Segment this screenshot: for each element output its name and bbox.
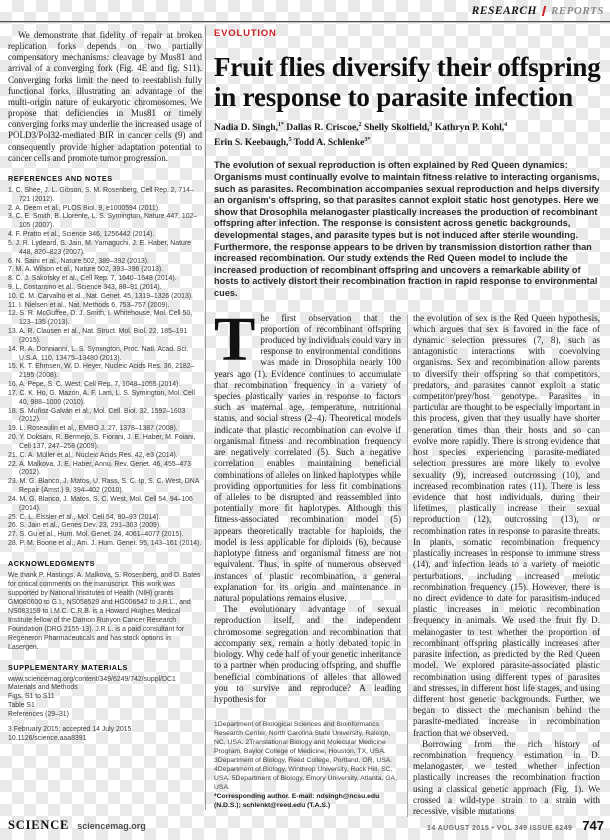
header-rule <box>0 21 610 23</box>
reference-item: 19. L. Roseaulin et al., EMBO J. 27, 137… <box>8 425 202 434</box>
page-number: 747 <box>582 818 604 833</box>
journal-website: sciencemag.org <box>77 821 146 831</box>
acknowledgments-text: We thank P. Hastings, A. Malkova, S. Ros… <box>8 572 202 653</box>
supplementary-line: www.sciencemag.org/content/349/6249/742/… <box>8 676 202 685</box>
body-column-1: The first observation that the proportio… <box>214 313 401 818</box>
main-article: EVOLUTION Fruit flies diversify their of… <box>214 28 606 817</box>
author-superscript: 4 <box>504 122 507 128</box>
author-list: Nadia D. Singh,1* Dallas R. Criscoe,2 Sh… <box>214 121 606 150</box>
reference-item: 5. J. R. Lydeard, S. Jain, M. Yamaguchi,… <box>8 240 202 258</box>
section-label: EVOLUTION <box>214 28 606 39</box>
reference-item: 27. S. Gu et al., Hum. Mol. Genet. 24, 4… <box>8 531 202 540</box>
closing-paragraph: We demonstrate that fidelity of repair a… <box>8 30 202 164</box>
acknowledgments-heading: ACKNOWLEDGMENTS <box>8 559 202 568</box>
reference-item: 9. L. Costantino et al., Science 343, 88… <box>8 284 202 293</box>
footer-right: 14 AUGUST 2015 • VOL 349 ISSUE 6249 747 <box>427 818 604 833</box>
reference-item: 24. M. G. Blanco, J. Matos, S. C. West, … <box>8 496 202 514</box>
references-list: 1. C. Shee, J. L. Gibson, S. M. Rosenber… <box>8 187 202 549</box>
reference-item: 2. A. Deem et al., PLOS Biol. 9, e100059… <box>8 205 202 214</box>
journal-name: SCIENCE <box>8 818 69 833</box>
reference-item: 28. P. M. Boone et al., Am. J. Hum. Gene… <box>8 540 202 549</box>
reference-item: 16. A. Pepe, S. C. West, Cell Rep. 7, 10… <box>8 381 202 390</box>
author-name: Dallas R. Criscoe, <box>284 124 359 134</box>
reference-item: 6. N. Saini et al., Nature 502, 389–392 … <box>8 258 202 267</box>
body-paragraph: The first observation that the proportio… <box>214 313 401 605</box>
supplementary-line: Materials and Methods <box>8 684 202 693</box>
reference-item: 17. C. K. Ho, G. Mazón, A. F. Lam, L. S.… <box>8 390 202 408</box>
reference-item: 3. C. E. Smith, B. Llorente, L. S. Symin… <box>8 213 202 231</box>
reference-item: 23. M. G. Blanco, J. Matos, U. Rass, S. … <box>8 478 202 496</box>
author-line-2: Erin S. Keebaugh,5 Todd A. Schlenke3* <box>214 136 606 150</box>
corresponding-author-note: *Corresponding author. E-mail: ndsingh@n… <box>214 793 401 811</box>
body-column-2: the evolution of sex is the Red Queen hy… <box>413 313 600 818</box>
reference-item: 26. S. Jain et al., Genes Dev. 23, 291–3… <box>8 522 202 531</box>
column-divider-rule <box>205 26 206 810</box>
reference-item: 18. S. Muñoz-Galván et al., Mol. Cell. B… <box>8 408 202 426</box>
author-superscript: 3* <box>364 137 370 143</box>
reference-item: 4. F. Pratto et al., Science 346, 125644… <box>8 231 202 240</box>
body-paragraph: the evolution of sex is the Red Queen hy… <box>413 313 600 739</box>
supplementary-line: Table S1 <box>8 702 202 711</box>
article-title: Fruit flies diversify their offspring in… <box>214 52 606 112</box>
supplementary-list: www.sciencemag.org/content/349/6249/742/… <box>8 676 202 720</box>
reference-item: 8. C. J. Sakofsky et al., Cell Rep. 7, 1… <box>8 275 202 284</box>
reference-item: 13. A. R. Clausen et al., Nat. Struct. M… <box>8 328 202 346</box>
author-name: Kathryn P. Kohl, <box>432 124 504 134</box>
header-divider-bar <box>542 6 546 16</box>
body-paragraph: Borrowing from the rich history of recom… <box>413 739 600 818</box>
supplementary-heading: SUPPLEMENTARY MATERIALS <box>8 663 202 672</box>
abstract-text: The evolution of sexual reproduction is … <box>214 160 606 299</box>
reference-item: 10. C. M. Carvalho et al., Nat. Genet. 4… <box>8 293 202 302</box>
header-reports-label: REPORTS <box>551 5 604 17</box>
reference-item: 7. M. A. Wilson et al., Nature 502, 393–… <box>8 266 202 275</box>
header-research-label: RESEARCH <box>472 5 537 17</box>
reference-item: 22. A. Malkova, J. E. Haber, Annu. Rev. … <box>8 461 202 479</box>
reference-item: 11. I. Nielsen et al., Nat. Methods 6, 7… <box>8 302 202 311</box>
author-name: Erin S. Keebaugh, <box>214 138 288 148</box>
author-line-1: Nadia D. Singh,1* Dallas R. Criscoe,2 Sh… <box>214 121 606 135</box>
reference-item: 15. K. T. Ehmsen, W. D. Heyer, Nucleic A… <box>8 363 202 381</box>
reference-item: 21. C. A. Müller et al., Nucleic Acids R… <box>8 452 202 461</box>
supplementary-line: Figs. S1 to S11 <box>8 693 202 702</box>
footer-left: SCIENCE sciencemag.org <box>8 818 146 833</box>
reference-item: 20. Y. Doksani, R. Bermejo, S. Fiorani, … <box>8 434 202 452</box>
reference-item: 14. R. A. Donnianni, L. S. Symington, Pr… <box>8 346 202 364</box>
previous-article-column: We demonstrate that fidelity of repair a… <box>8 30 202 744</box>
reference-item: 12. S. R. McGuffee, D. J. Smith, I. Whit… <box>8 310 202 328</box>
received-accepted-dates: 3 February 2015; accepted 14 July 2015 <box>8 726 202 735</box>
reference-item: 25. C. L. Eissler et al., Mol. Cell 54, … <box>8 514 202 523</box>
author-name: Nadia D. Singh, <box>214 124 278 134</box>
body-column-rule <box>407 315 408 818</box>
supplementary-line: References (29–31) <box>8 711 202 720</box>
issue-info: 14 AUGUST 2015 • VOL 349 ISSUE 6249 <box>427 825 572 832</box>
body-paragraph: The evolutionary advantage of sexual rep… <box>214 604 401 705</box>
affiliations-footnote: 1Department of Biological Sciences and B… <box>214 721 401 793</box>
journal-page: RESEARCH REPORTS We demonstrate that fid… <box>0 0 610 840</box>
reference-item: 1. C. Shee, J. L. Gibson, S. M. Rosenber… <box>8 187 202 205</box>
author-name: Shelly Skolfield, <box>362 124 430 134</box>
page-header: RESEARCH REPORTS <box>472 5 604 17</box>
body-columns: The first observation that the proportio… <box>214 313 606 818</box>
doi-line: 10.1126/science.aaa8391 <box>8 735 202 744</box>
references-heading: REFERENCES AND NOTES <box>8 174 202 183</box>
author-name: Todd A. Schlenke <box>291 138 364 148</box>
drop-cap: T <box>214 316 255 368</box>
